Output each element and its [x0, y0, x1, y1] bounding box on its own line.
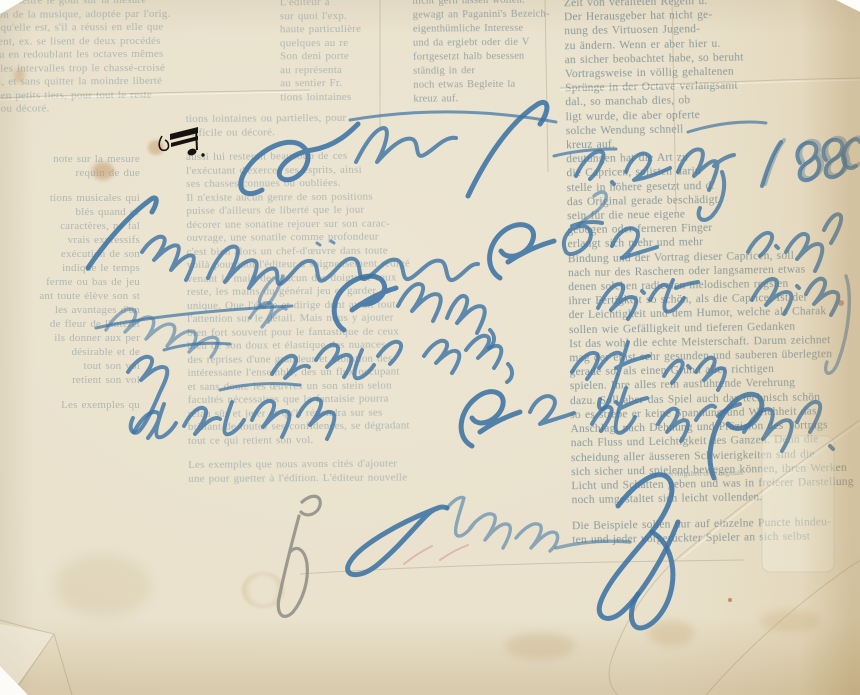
handwriting-layer [0, 0, 860, 695]
handwriting-signature [348, 475, 678, 628]
handwriting-body-line-4 [134, 384, 833, 478]
pencil-paraph [278, 496, 320, 616]
handwriting-body-line-1 [88, 198, 841, 307]
manuscript-page: n'a pas été mettre le goût sur la mesure… [0, 0, 860, 695]
handwriting-dateline [241, 102, 860, 226]
handwriting-body-line-2 [96, 276, 849, 373]
